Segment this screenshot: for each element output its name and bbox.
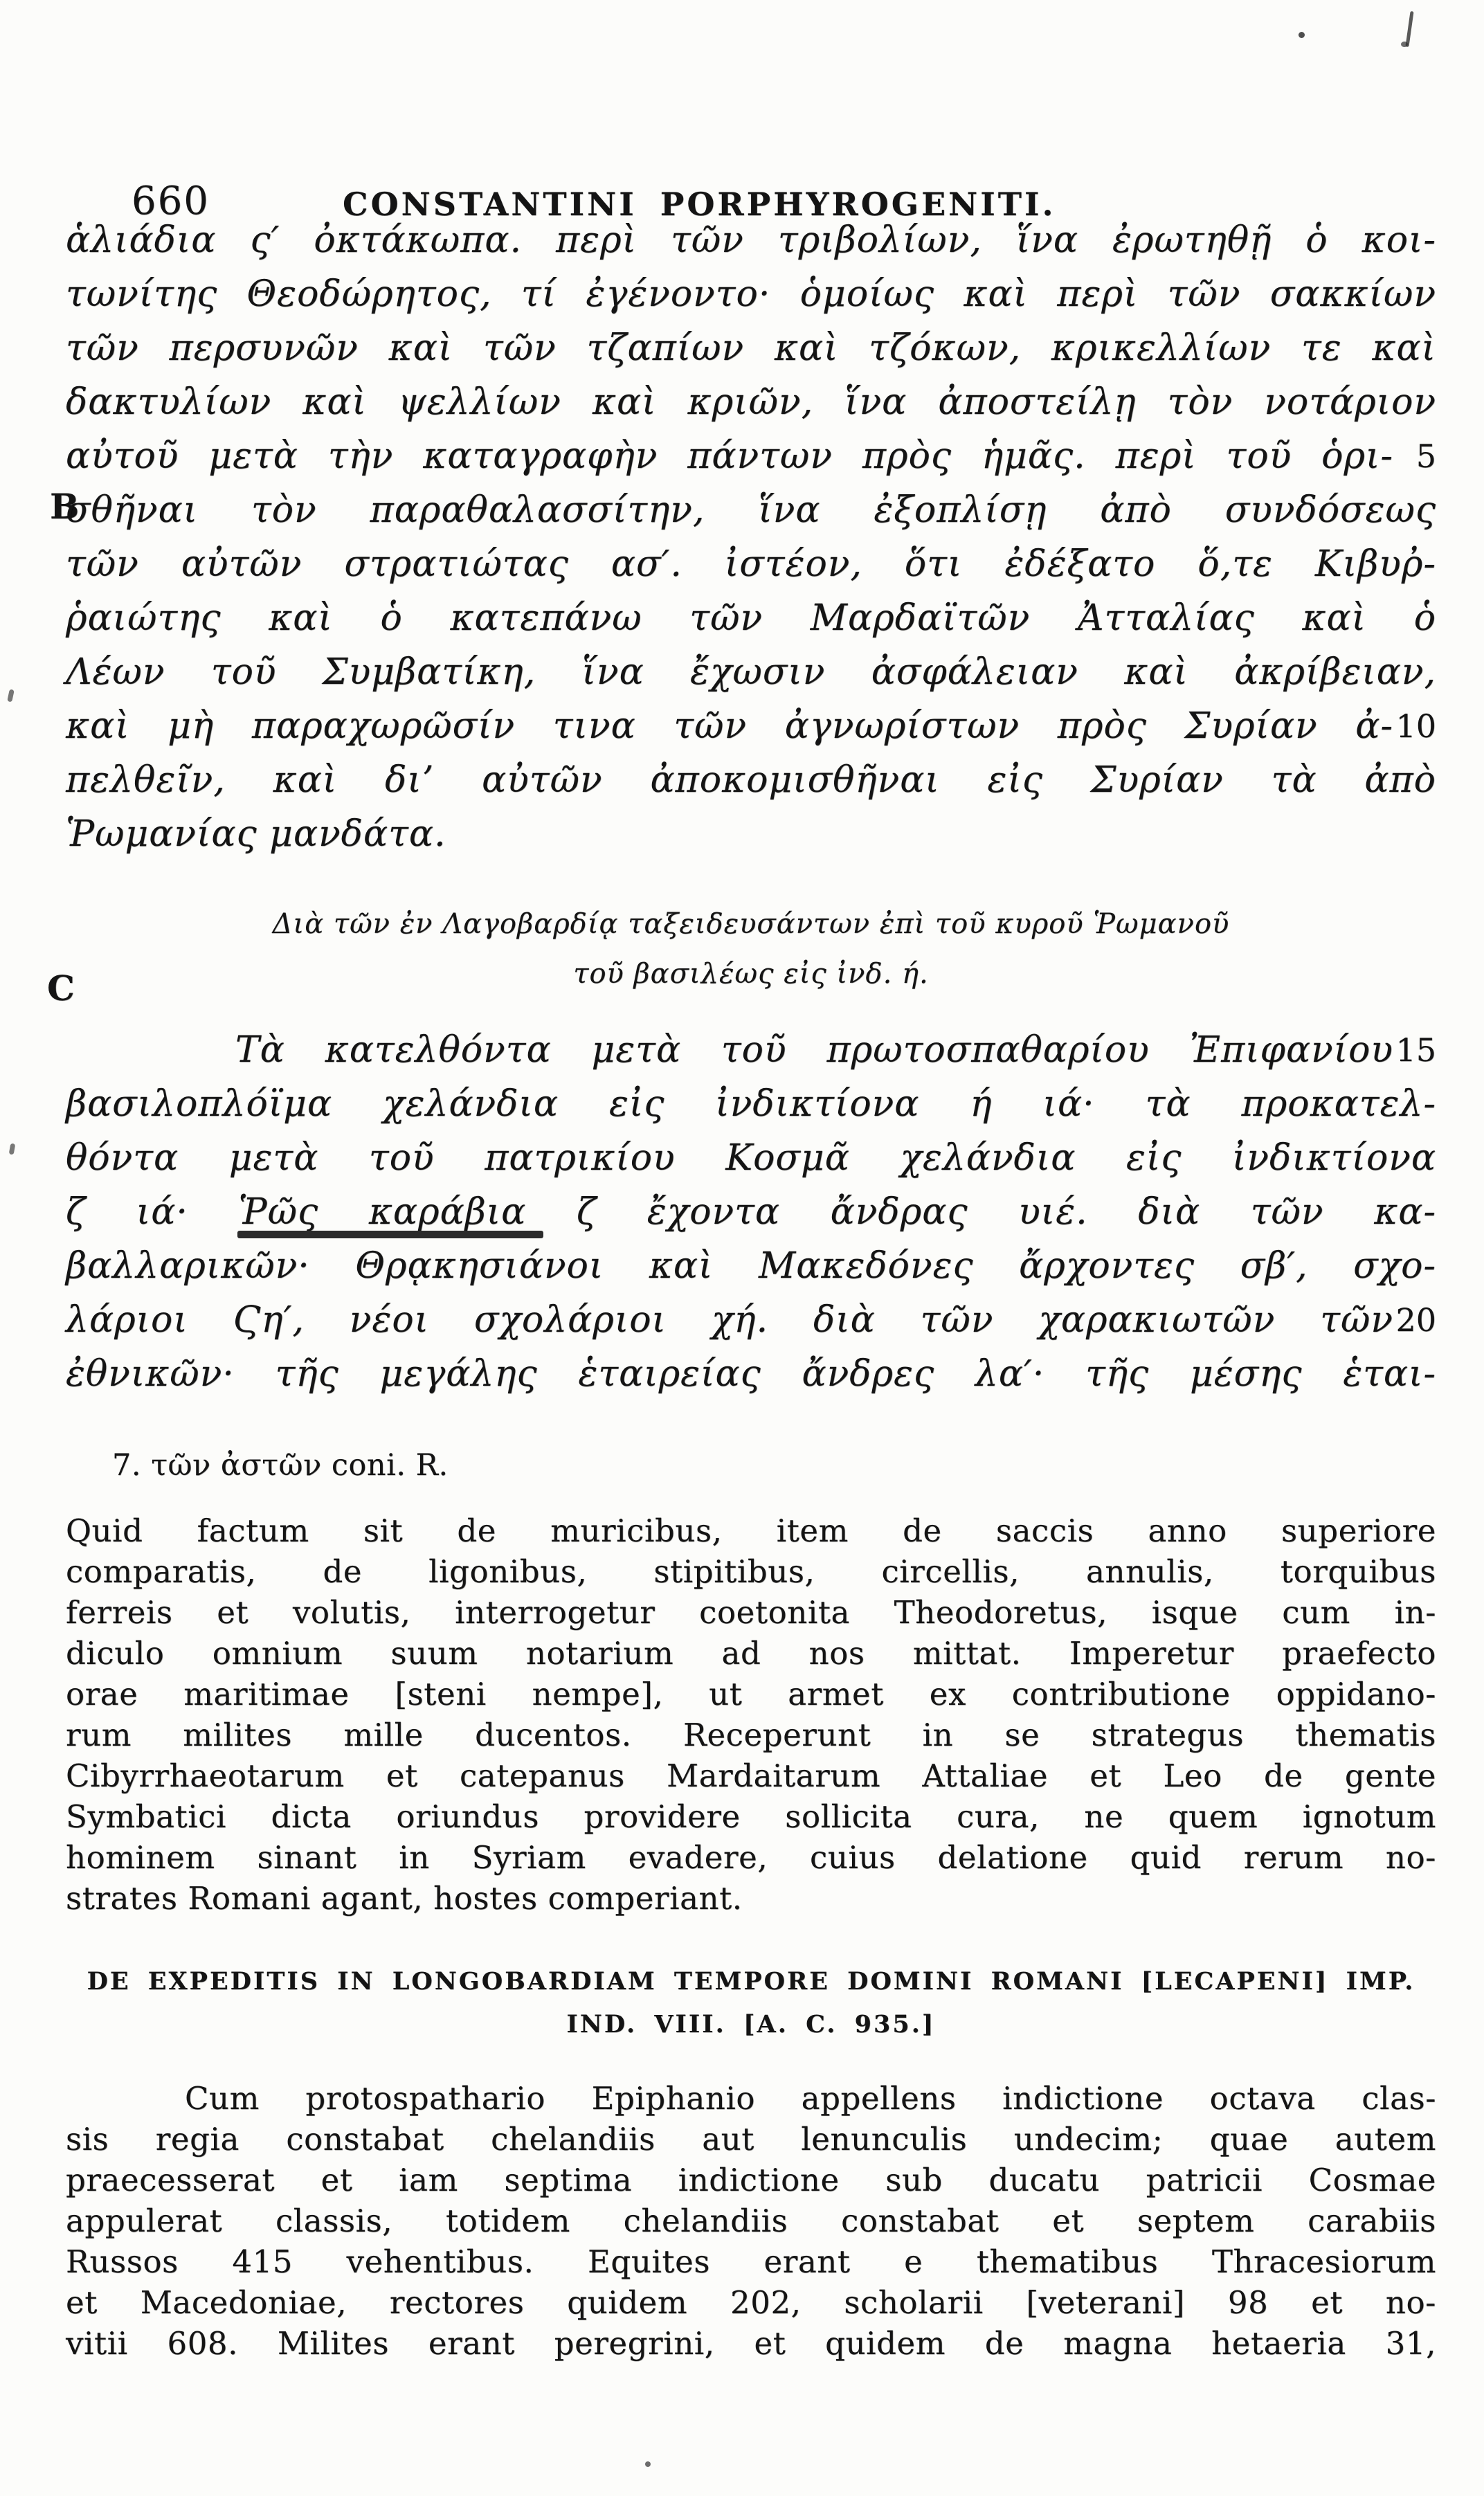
scan-artifact-dot xyxy=(645,2461,651,2467)
latin-text-line: hominem sinant in Syriam evadere, cuius … xyxy=(66,1837,1436,1878)
latin-text-line: diculo omnium suum notarium ad nos mitta… xyxy=(66,1633,1436,1674)
greek-text-line: ἐθνικῶν· τῆς μεγάλης ἑταιρείας ἄνδρες λα… xyxy=(66,1347,1436,1401)
greek-text-line: ῥαιώτης καὶ ὁ κατεπάνω τῶν Μαρδαϊτῶν Ἀττ… xyxy=(66,591,1436,645)
latin-text-line: et Macedoniae, rectores quidem 202, scho… xyxy=(66,2282,1436,2323)
scan-artifact-speck xyxy=(7,689,15,702)
greek-text-line: αὐτοῦ μετὰ τὴν καταγραφὴν πάντων πρὸς ἡμ… xyxy=(66,429,1436,483)
latin-text-line: Cibyrrhaeotarum et catepanus Mardaitarum… xyxy=(66,1755,1436,1796)
greek-text-line: ἁλιάδια ς′ ὀκτάκωπα. περὶ τῶν τριβολίων,… xyxy=(66,213,1436,267)
latin-text-line: rum milites mille ducentos. Receperunt i… xyxy=(66,1715,1436,1755)
greek-text-line: τωνίτης Θεοδώρητος, τί ἐγένοντο· ὁμοίως … xyxy=(66,267,1436,321)
greek-paragraph-2: Τὰ κατελθόντα μετὰ τοῦ πρωτοσπαθαρίου Ἐπ… xyxy=(66,1023,1436,1401)
section-heading-line2: IND. VIII. [A. C. 935.] xyxy=(66,2010,1436,2038)
greek-text-line: βασιλοπλόϊμα χελάνδια εἰς ἰνδικτίονα ή ι… xyxy=(66,1077,1436,1131)
greek-text-line: δακτυλίων καὶ ψελλίων καὶ κριῶν, ἵνα ἀπο… xyxy=(66,375,1436,429)
greek-text-line: καὶ μὴ παραχωρῶσίν τινα τῶν ἀγνωρίστων π… xyxy=(66,699,1436,753)
scan-artifact-speck xyxy=(9,1143,16,1155)
latin-text-line: appulerat classis, totidem chelandiis co… xyxy=(66,2200,1436,2241)
latin-text-line: Quid factum sit de muricibus, item de sa… xyxy=(66,1510,1436,1551)
margin-line-number: 15 xyxy=(1395,1023,1436,1077)
scan-artifact-dot xyxy=(1298,32,1305,38)
latin-text-line: strates Romani agant, hostes comperiant. xyxy=(66,1878,1436,1919)
latin-paragraph-2: Cum protospathario Epiphanio appellens i… xyxy=(66,2078,1436,2364)
latin-text-line: vitii 608. Milites erant peregrini, et q… xyxy=(66,2323,1436,2364)
greek-paragraph-1: ἁλιάδια ς′ ὀκτάκωπα. περὶ τῶν τριβολίων,… xyxy=(66,213,1436,861)
latin-text-line: praecesserat et iam septima indictione s… xyxy=(66,2160,1436,2200)
greek-text-line: θόντα μετὰ τοῦ πατρικίου Κοσμᾶ χελάνδια … xyxy=(66,1131,1436,1185)
chapter-subheading-line1: Διὰ τῶν ἐν Λαγοβαρδίᾳ ταξειδευσάντων ἐπὶ… xyxy=(66,908,1436,940)
margin-line-number: 20 xyxy=(1395,1293,1436,1347)
greek-text-line: ζ ιά· Ῥῶς καράβια ζ ἔχοντα ἄνδρας υιέ. δ… xyxy=(66,1185,1436,1239)
chapter-subheading-line2: τοῦ βασιλέως εἰς ἰνδ. ή. xyxy=(66,958,1436,990)
margin-line-number: 10 xyxy=(1395,699,1436,753)
latin-text-line: sis regia constabat chelandiis aut lenun… xyxy=(66,2119,1436,2160)
greek-text-line: πελθεῖν, καὶ δι’ αὐτῶν ἀποκομισθῆναι εἰς… xyxy=(66,753,1436,807)
latin-text-line: comparatis, de ligonibus, stipitibus, ci… xyxy=(66,1551,1436,1592)
margin-line-number: 5 xyxy=(1416,429,1436,483)
greek-text-line: Λέων τοῦ Συμβατίκη, ἵνα ἔχωσιν ἀσφάλειαν… xyxy=(66,645,1436,699)
latin-text-line: ferreis et volutis, interrogetur coetoni… xyxy=(66,1592,1436,1633)
latin-text-line: Symbatici dicta oriundus providere solli… xyxy=(66,1796,1436,1837)
apparatus-footnote: 7. τῶν ἀστῶν coni. R. xyxy=(112,1448,449,1483)
greek-text-line: βαλλαρικῶν· Θρᾳκησιάνοι καὶ Μακεδόνες ἄρ… xyxy=(66,1239,1436,1293)
greek-text-line: τῶν περσυνῶν καὶ τῶν τζαπίων καὶ τζόκων,… xyxy=(66,321,1436,375)
latin-text-line: orae maritimae [steni nempe], ut armet e… xyxy=(66,1674,1436,1715)
greek-text-line: Τὰ κατελθόντα μετὰ τοῦ πρωτοσπαθαρίου Ἐπ… xyxy=(66,1023,1436,1077)
latin-text-line: Cum protospathario Epiphanio appellens i… xyxy=(66,2078,1436,2119)
greek-text-line: σθῆναι τὸν παραθαλασσίτην, ἵνα ἐξοπλίσῃ … xyxy=(66,483,1436,537)
greek-text-line: Ῥωμανίας μανδάτα. xyxy=(66,807,1436,861)
scan-artifact-mark xyxy=(1401,42,1408,47)
scanned-book-page: 660 CONSTANTINI PORPHYROGENITI. B C ἁλιά… xyxy=(0,0,1484,2496)
section-heading-line1: DE EXPEDITIS IN LONGOBARDIAM TEMPORE DOM… xyxy=(66,1967,1436,1996)
greek-text-line: τῶν αὐτῶν στρατιώτας ασ′. ἰστέον, ὅτι ἐδ… xyxy=(66,537,1436,591)
underline-rule xyxy=(237,1231,543,1238)
greek-text-line: λάριοι Ϛη′, νέοι σχολάριοι χή. διὰ τῶν χ… xyxy=(66,1293,1436,1347)
latin-text-line: Russos 415 vehentibus. Equites erant e t… xyxy=(66,2241,1436,2282)
latin-paragraph-1: Quid factum sit de muricibus, item de sa… xyxy=(66,1510,1436,1919)
